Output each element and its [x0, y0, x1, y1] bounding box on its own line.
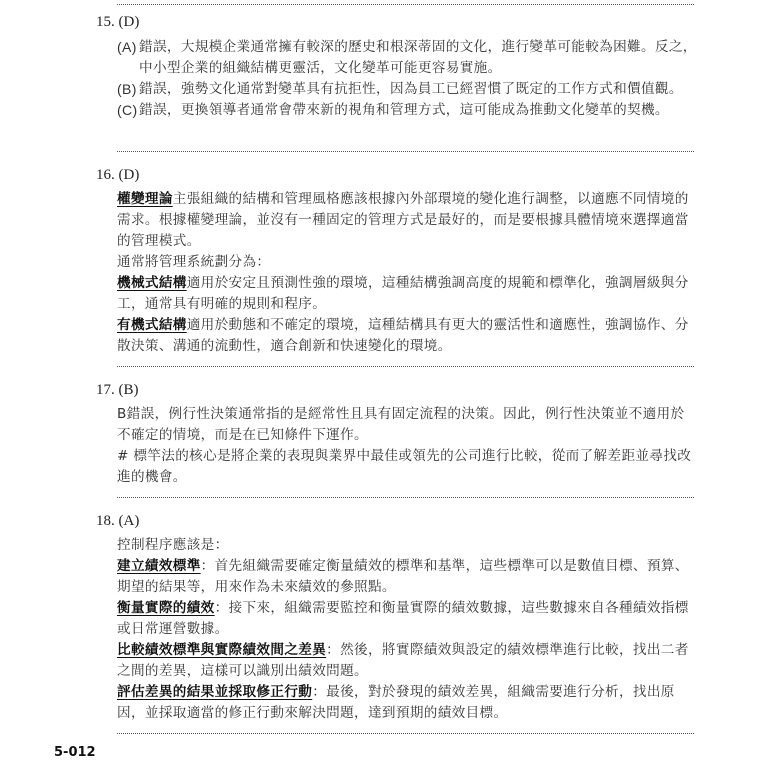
question-number: 17. [96, 382, 115, 398]
question-17-body: B錯誤，例行性決策通常指的是經常性且具有固定流程的決策。因此，例行性決策並不適用… [117, 404, 697, 488]
question-15-header: 15. (D) [96, 13, 139, 31]
keyword: 比較績效標準與實際績效間之差異 [117, 642, 326, 658]
question-15-body: (A) 錯誤，大規模企業通常擁有較深的歷史和根深蒂固的文化，進行變革可能較為困難… [117, 37, 697, 121]
question-18-body: 控制程序應該是： 建立績效標準：首先組織需要確定衡量績效的標準和基準，這些標準可… [117, 535, 697, 724]
paragraph-text: ：首先組織需要確定衡量績效的標準和基準，這些標準可以是數值目標、預算、期望的結果… [117, 558, 689, 595]
dotted-divider [117, 733, 694, 734]
paragraph: # 標竿法的核心是將企業的表現與業界中最佳或領先的公司進行比較，從而了解差距並尋… [117, 446, 697, 488]
question-number: 18. [96, 513, 115, 529]
paragraph: B錯誤，例行性決策通常指的是經常性且具有固定流程的決策。因此，例行性決策並不適用… [117, 404, 697, 446]
paragraph: 控制程序應該是： [117, 535, 697, 556]
keyword: 衡量實際的績效 [117, 600, 215, 616]
paragraph-text: 控制程序應該是： [117, 537, 229, 553]
keyword: 機械式結構 [117, 275, 187, 291]
question-16-body: 權變理論主張組織的結構和管理風格應該根據內外部環境的變化進行調整，以適應不同情境… [117, 189, 697, 357]
paragraph: 有機式結構適用於動態和不確定的環境，這種結構具有更大的靈活性和適應性，強調協作、… [117, 315, 697, 357]
paragraph: 通常將管理系統劃分為： [117, 252, 697, 273]
paragraph: 評估差異的結果並採取修正行動：最後，對於發現的績效差異，組織需要進行分析，找出原… [117, 682, 697, 724]
paragraph-text: # 標竿法的核心是將企業的表現與業界中最佳或領先的公司進行比較，從而了解差距並尋… [117, 448, 691, 485]
option-text: 錯誤，大規模企業通常擁有較深的歷史和根深蒂固的文化，進行變革可能較為困難。反之，… [139, 37, 697, 79]
question-number: 15. [96, 14, 115, 30]
question-answer: (D) [119, 14, 140, 30]
keyword: 建立績效標準 [117, 558, 201, 574]
paragraph: 權變理論主張組織的結構和管理風格應該根據內外部環境的變化進行調整，以適應不同情境… [117, 189, 697, 252]
paragraph-text: 適用於動態和不確定的環境，這種結構具有更大的靈活性和適應性，強調協作、分散決策、… [117, 317, 689, 354]
option-text: 錯誤，強勢文化通常對變革具有抗拒性，因為員工已經習慣了既定的工作方式和價值觀。 [139, 79, 697, 100]
question-answer: (D) [119, 167, 140, 183]
question-number: 16. [96, 167, 115, 183]
keyword: 權變理論 [117, 191, 173, 207]
option-label: (B) [117, 79, 139, 100]
option-text: 錯誤，更換領導者通常會帶來新的視角和管理方式，這可能成為推動文化變革的契機。 [139, 100, 697, 121]
option-a: (A) 錯誤，大規模企業通常擁有較深的歷史和根深蒂固的文化，進行變革可能較為困難… [117, 37, 697, 79]
question-answer: (A) [119, 513, 140, 529]
paragraph: 比較績效標準與實際績效間之差異：然後，將實際績效與設定的績效標準進行比較，找出二… [117, 640, 697, 682]
dotted-divider [117, 366, 694, 367]
paragraph-text: 主張組織的結構和管理風格應該根據內外部環境的變化進行調整，以適應不同情境的需求。… [117, 191, 689, 249]
question-18-header: 18. (A) [96, 512, 139, 530]
document-page: 15. (D) (A) 錯誤，大規模企業通常擁有較深的歷史和根深蒂固的文化，進行… [0, 0, 784, 784]
keyword: 有機式結構 [117, 317, 187, 333]
paragraph: 衡量實際的績效：接下來，組織需要監控和衡量實際的績效數據，這些數據來自各種績效指… [117, 598, 697, 640]
paragraph: 機械式結構適用於安定且預測性強的環境，這種結構強調高度的規範和標準化，強調層級與… [117, 273, 697, 315]
option-label: (C) [117, 100, 139, 121]
option-b: (B) 錯誤，強勢文化通常對變革具有抗拒性，因為員工已經習慣了既定的工作方式和價… [117, 79, 697, 100]
question-answer: (B) [119, 382, 139, 398]
question-17-header: 17. (B) [96, 381, 139, 399]
page-number: 5-012 [54, 745, 96, 760]
keyword: 評估差異的結果並採取修正行動 [117, 684, 312, 700]
dotted-divider [117, 497, 694, 498]
option-c: (C) 錯誤，更換領導者通常會帶來新的視角和管理方式，這可能成為推動文化變革的契… [117, 100, 697, 121]
paragraph-text: B錯誤，例行性決策通常指的是經常性且具有固定流程的決策。因此，例行性決策並不適用… [117, 406, 684, 443]
paragraph-text: 適用於安定且預測性強的環境，這種結構強調高度的規範和標準化，強調層級與分工，通常… [117, 275, 689, 312]
question-16-header: 16. (D) [96, 166, 139, 184]
paragraph-text: 通常將管理系統劃分為： [117, 254, 270, 270]
dotted-divider [117, 151, 694, 152]
dotted-divider [117, 4, 694, 5]
option-label: (A) [117, 37, 139, 79]
paragraph: 建立績效標準：首先組織需要確定衡量績效的標準和基準，這些標準可以是數值目標、預算… [117, 556, 697, 598]
